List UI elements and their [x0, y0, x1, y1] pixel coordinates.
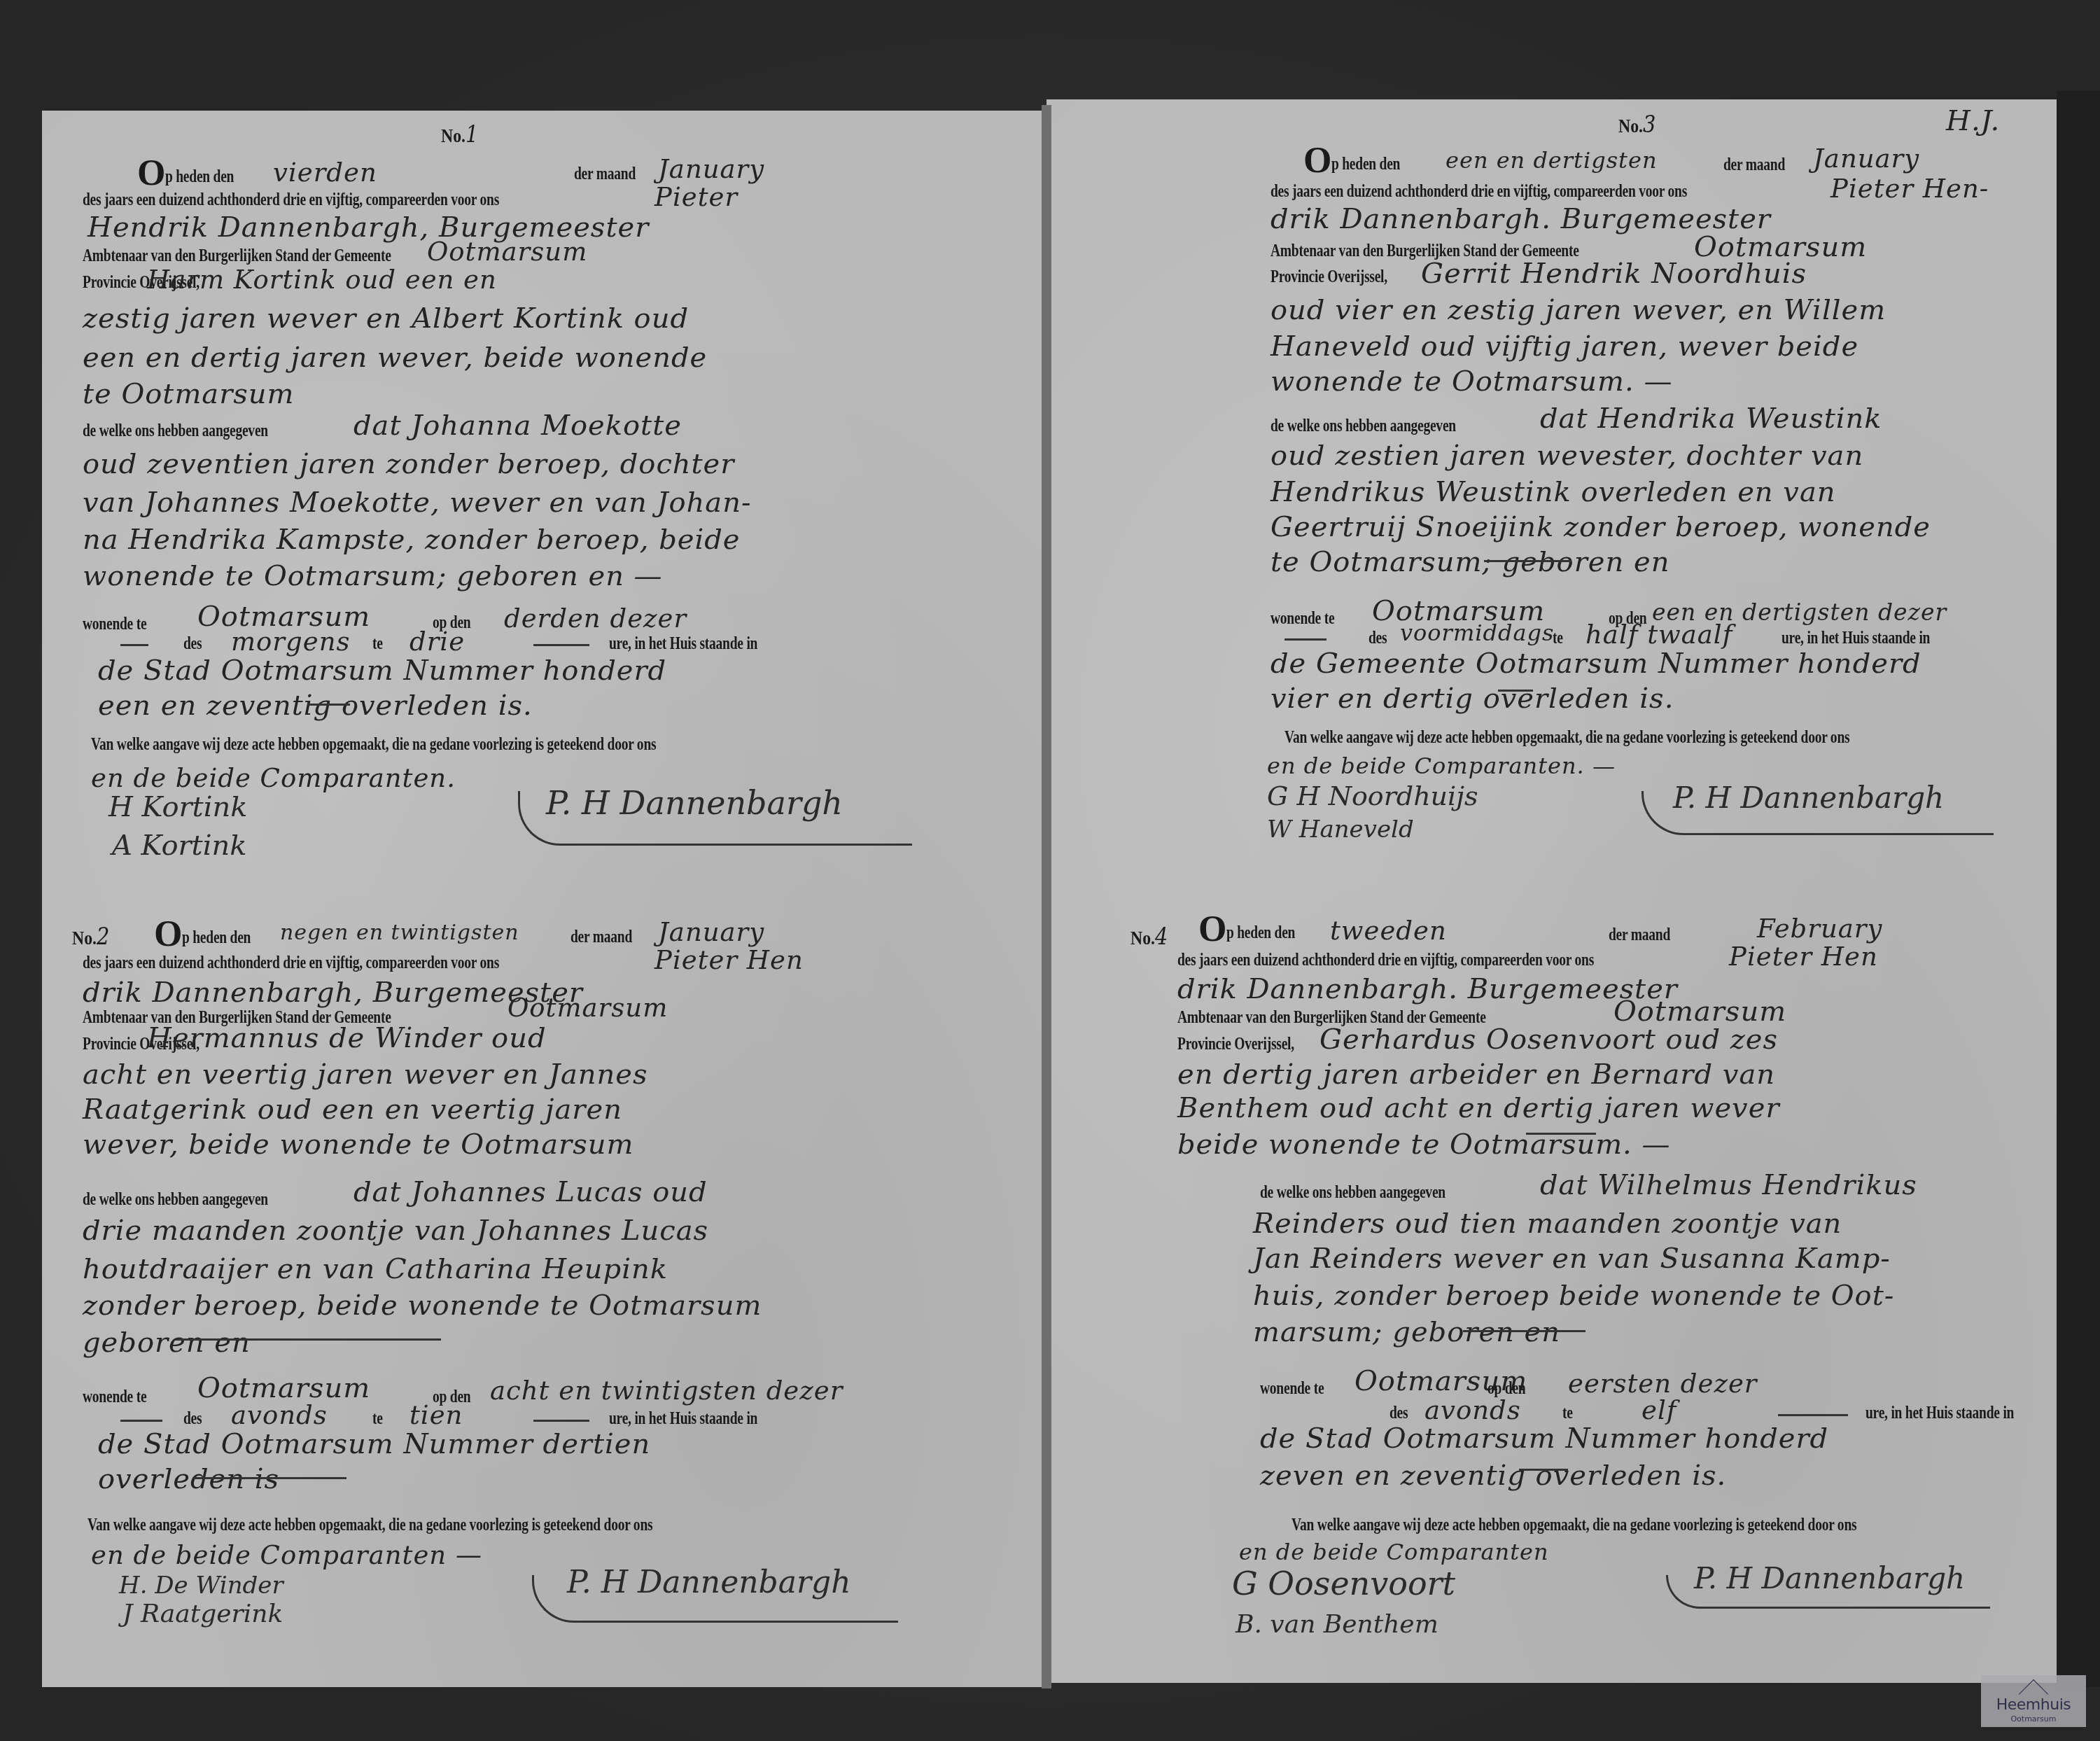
ure-label: ure, in het Huis staande in: [1865, 1404, 2014, 1423]
month-value: January: [658, 154, 764, 184]
day-value: negen en twintigsten: [280, 921, 519, 945]
closing-handwritten: en de beide Comparanten. —: [1267, 753, 1616, 779]
time-of-day-value: avonds: [231, 1400, 328, 1430]
fill-dash: [1526, 1133, 1596, 1135]
signature-flourish: [518, 791, 912, 846]
ure-label: ure, in het Huis staande in: [609, 1409, 757, 1429]
house-line: vier en dertig overleden is.: [1270, 683, 1674, 715]
declarants-line: een en dertig jaren wever, beide wonende: [83, 342, 707, 374]
record-number: No.2: [72, 923, 109, 951]
declaration-line: dat Johanna Moekotte: [353, 410, 682, 442]
year-line: des jaars een duizend achthonderd drie e…: [1270, 182, 1687, 202]
fill-dash: [308, 704, 350, 706]
signature-flourish: [532, 1575, 898, 1623]
wonende-te-label: wonende te: [83, 615, 146, 634]
house-line: overleden is: [98, 1463, 279, 1495]
house-line: de Stad Ootmarsum Nummer dertien: [98, 1428, 650, 1460]
closing-handwritten: en de beide Comparanten —: [91, 1540, 482, 1570]
house-line: een en zeventig overleden is.: [98, 690, 533, 722]
house-line: zeven en zeventig overleden is.: [1260, 1460, 1726, 1492]
der-maand-label: der maand: [1723, 155, 1785, 175]
fill-dash: [1498, 690, 1533, 692]
gemeente-value: Ootmarsum: [427, 237, 587, 267]
year-line: des jaars een duizend achthonderd drie e…: [83, 190, 499, 210]
watermark-subtitle: Ootmarsum: [1981, 1714, 2086, 1723]
closing-handwritten: en de beide Comparanten.: [91, 763, 456, 793]
declaration-line: te Ootmarsum; geboren en: [1270, 546, 1669, 578]
fill-dash: [120, 644, 148, 646]
declaration-line: houtdraaijer en van Catharina Heupink: [83, 1253, 668, 1285]
des-label: des: [1368, 629, 1387, 648]
te-label: te: [372, 1409, 383, 1429]
day-value: vierden: [273, 158, 377, 188]
official-line1: Pieter Hen: [1729, 942, 1878, 972]
declarant-signature: A Kortink: [112, 830, 246, 862]
declaration-line: Hendrikus Weustink overleden en van: [1270, 476, 1836, 508]
de-welke-label: de welke ons hebben aangegeven: [1260, 1183, 1445, 1203]
death-day-value: eersten dezer: [1568, 1369, 1757, 1399]
house-line: de Stad Ootmarsum Nummer honderd: [1260, 1422, 1828, 1455]
hour-value: drie: [409, 627, 465, 657]
gemeente-value: Ootmarsum: [507, 993, 668, 1023]
declaration-line: Jan Reinders wever en van Susanna Kamp-: [1253, 1243, 1891, 1275]
declarants-line: Gerrit Hendrik Noordhuis: [1421, 258, 1807, 290]
ure-label: ure, in het Huis staande in: [609, 634, 757, 654]
house-line: de Stad Ootmarsum Nummer honderd: [98, 655, 666, 687]
wonende-te-label: wonende te: [1260, 1379, 1324, 1399]
time-of-day-value: voormiddags: [1400, 620, 1554, 646]
declarant-signature: H. De Winder: [119, 1572, 283, 1600]
declarants-line: Gerhardus Oosenvoort oud zes: [1319, 1023, 1778, 1056]
death-day-value: acht en twintigsten dezer: [490, 1376, 843, 1406]
des-label: des: [1389, 1404, 1408, 1423]
official-line1: Pieter Hen-: [1830, 174, 1989, 204]
declarant-signature: H Kortink: [108, 791, 247, 823]
fill-dash: [1484, 560, 1571, 562]
declarants-line: beide wonende te Ootmarsum. —: [1177, 1128, 1671, 1161]
declaration-line: marsum; geboren en: [1253, 1316, 1560, 1348]
declaration-line: oud zeventien jaren zonder beroep, docht…: [83, 448, 734, 480]
hour-value: elf: [1641, 1395, 1676, 1425]
intro-line: Op heden den: [1198, 909, 1315, 950]
declaration-line: van Johannes Moekotte, wever en van Joha…: [83, 487, 751, 519]
intro-line: Op heden den: [1303, 140, 1420, 181]
signature-flourish: [1666, 1575, 1990, 1609]
declaration-line: zonder beroep, beide wonende te Ootmarsu…: [83, 1289, 762, 1322]
declarants-line: te Ootmarsum: [83, 378, 295, 410]
record-number: No.1: [441, 120, 478, 148]
declarant-signature: B. van Benthem: [1235, 1610, 1438, 1639]
declaration-line: dat Wilhelmus Hendrikus: [1540, 1169, 1917, 1201]
official-line2: drik Dannenbargh. Burgemeester: [1177, 973, 1678, 1005]
declarants-line: Haneveld oud vijftig jaren, wever beide: [1270, 330, 1858, 363]
declarants-line: oud vier en zestig jaren wever, en Wille…: [1270, 294, 1886, 326]
declaration-line: oud zestien jaren wevester, dochter van: [1270, 440, 1863, 472]
closing-printed: Van welke aangave wij deze acte hebben o…: [87, 1516, 652, 1535]
month-value: January: [658, 917, 764, 947]
provincie-label: Provincie Overijssel,: [1270, 267, 1387, 287]
declarants-line: Hermannus de Winder oud: [147, 1022, 547, 1054]
declaration-line: Reinders oud tien maanden zoontje van: [1253, 1208, 1842, 1240]
day-value: een en dertigsten: [1445, 147, 1658, 174]
record-number: No.4: [1130, 923, 1168, 951]
closing-printed: Van welke aangave wij deze acte hebben o…: [91, 735, 656, 755]
declaration-line: na Hendrika Kampste, zonder beroep, beid…: [83, 524, 741, 556]
des-label: des: [183, 1409, 202, 1429]
official-line1: Pieter Hen: [654, 945, 804, 975]
declaration-line: Geertruij Snoeijink zonder beroep, wonen…: [1270, 511, 1931, 543]
fill-dash: [1519, 1469, 1568, 1471]
watermark-brand: Heemhuis: [1981, 1696, 2086, 1714]
death-day-value: derden dezer: [504, 603, 687, 634]
declaration-line: dat Johannes Lucas oud: [353, 1176, 708, 1208]
des-label: des: [183, 634, 202, 654]
der-maand-label: der maand: [570, 928, 632, 947]
declarant-signature: G Oosenvoort: [1232, 1565, 1455, 1602]
de-welke-label: de welke ons hebben aangegeven: [83, 1190, 268, 1210]
closing-handwritten: en de beide Comparanten: [1239, 1539, 1549, 1565]
declarant-signature: W Haneveld: [1267, 816, 1414, 844]
declarants-line: Benthem oud acht en dertig jaren wever: [1177, 1092, 1780, 1124]
fill-dash: [192, 1477, 346, 1479]
declaration-line: huis, zonder beroep beide wonende te Oot…: [1253, 1280, 1894, 1312]
day-value: tweeden: [1330, 916, 1447, 946]
fill-dash: [1778, 1414, 1848, 1416]
year-line: des jaars een duizend achthonderd drie e…: [1177, 951, 1594, 970]
time-of-day-value: morgens: [231, 627, 350, 657]
right-edge-shadow: [2057, 91, 2100, 1687]
month-value: February: [1757, 914, 1882, 944]
signature-flourish: [1641, 791, 1994, 835]
record-number: No.3: [1618, 111, 1655, 139]
official-line1: Pieter: [654, 182, 738, 212]
time-of-day-value: avonds: [1424, 1395, 1521, 1425]
folio-mark: H.J.: [1946, 105, 2000, 137]
wonende-te-label: wonende te: [83, 1387, 146, 1407]
fill-dash: [1463, 1330, 1585, 1332]
de-welke-label: de welke ons hebben aangegeven: [1270, 417, 1456, 436]
fill-dash: [533, 644, 589, 646]
declarants-line: acht en veertig jaren wever en Jannes: [83, 1058, 648, 1091]
heemhuis-watermark: Heemhuis Ootmarsum: [1981, 1675, 2086, 1727]
book-binding: [1042, 105, 1051, 1688]
intro-line: Op heden den: [137, 153, 253, 194]
declarant-signature: G H Noordhuijs: [1267, 781, 1478, 811]
year-line: des jaars een duizend achthonderd drie e…: [83, 953, 499, 973]
house-line: de Gemeente Ootmarsum Nummer honderd: [1270, 648, 1921, 680]
intro-line: Op heden den: [154, 914, 270, 955]
declaration-line: drie maanden zoontje van Johannes Lucas: [83, 1215, 708, 1247]
te-label: te: [1553, 629, 1563, 648]
declarants-line: zestig jaren wever en Albert Kortink oud: [83, 302, 689, 335]
declarants-line: Raatgerink oud een en veertig jaren: [83, 1093, 622, 1126]
declarants-line: wonende te Ootmarsum. —: [1270, 365, 1672, 398]
hour-value: half twaalf: [1585, 620, 1732, 650]
der-maand-label: der maand: [1609, 925, 1670, 945]
der-maand-label: der maand: [574, 165, 636, 184]
declaration-line: wonende te Ootmarsum; geboren en —: [83, 560, 663, 592]
declarants-line: Harm Kortink oud een en: [147, 265, 497, 295]
provincie-label: Provincie Overijssel,: [1177, 1035, 1294, 1054]
te-label: te: [1562, 1404, 1573, 1423]
fill-dash: [1284, 638, 1326, 641]
closing-printed: Van welke aangave wij deze acte hebben o…: [1291, 1516, 1856, 1535]
declaration-line: dat Hendrika Weustink: [1540, 403, 1882, 435]
declarants-line: en dertig jaren arbeider en Bernard van: [1177, 1058, 1775, 1091]
fill-dash: [120, 1420, 162, 1422]
ure-label: ure, in het Huis staande in: [1781, 629, 1930, 648]
declarants-line: wever, beide wonende te Ootmarsum: [83, 1128, 633, 1161]
fill-dash: [175, 1338, 441, 1341]
fill-dash: [533, 1420, 589, 1422]
te-label: te: [372, 634, 383, 654]
ambtenaar-label: Ambtenaar van den Burgerlijken Stand der…: [83, 246, 391, 266]
de-welke-label: de welke ons hebben aangegeven: [83, 421, 268, 441]
month-value: January: [1813, 144, 1919, 174]
declaration-line: geboren en: [83, 1327, 251, 1359]
closing-printed: Van welke aangave wij deze acte hebben o…: [1284, 728, 1849, 748]
hour-value: tien: [409, 1400, 463, 1430]
declarant-signature: J Raatgerink: [122, 1600, 283, 1628]
wonende-te-label: wonende te: [1270, 609, 1334, 629]
